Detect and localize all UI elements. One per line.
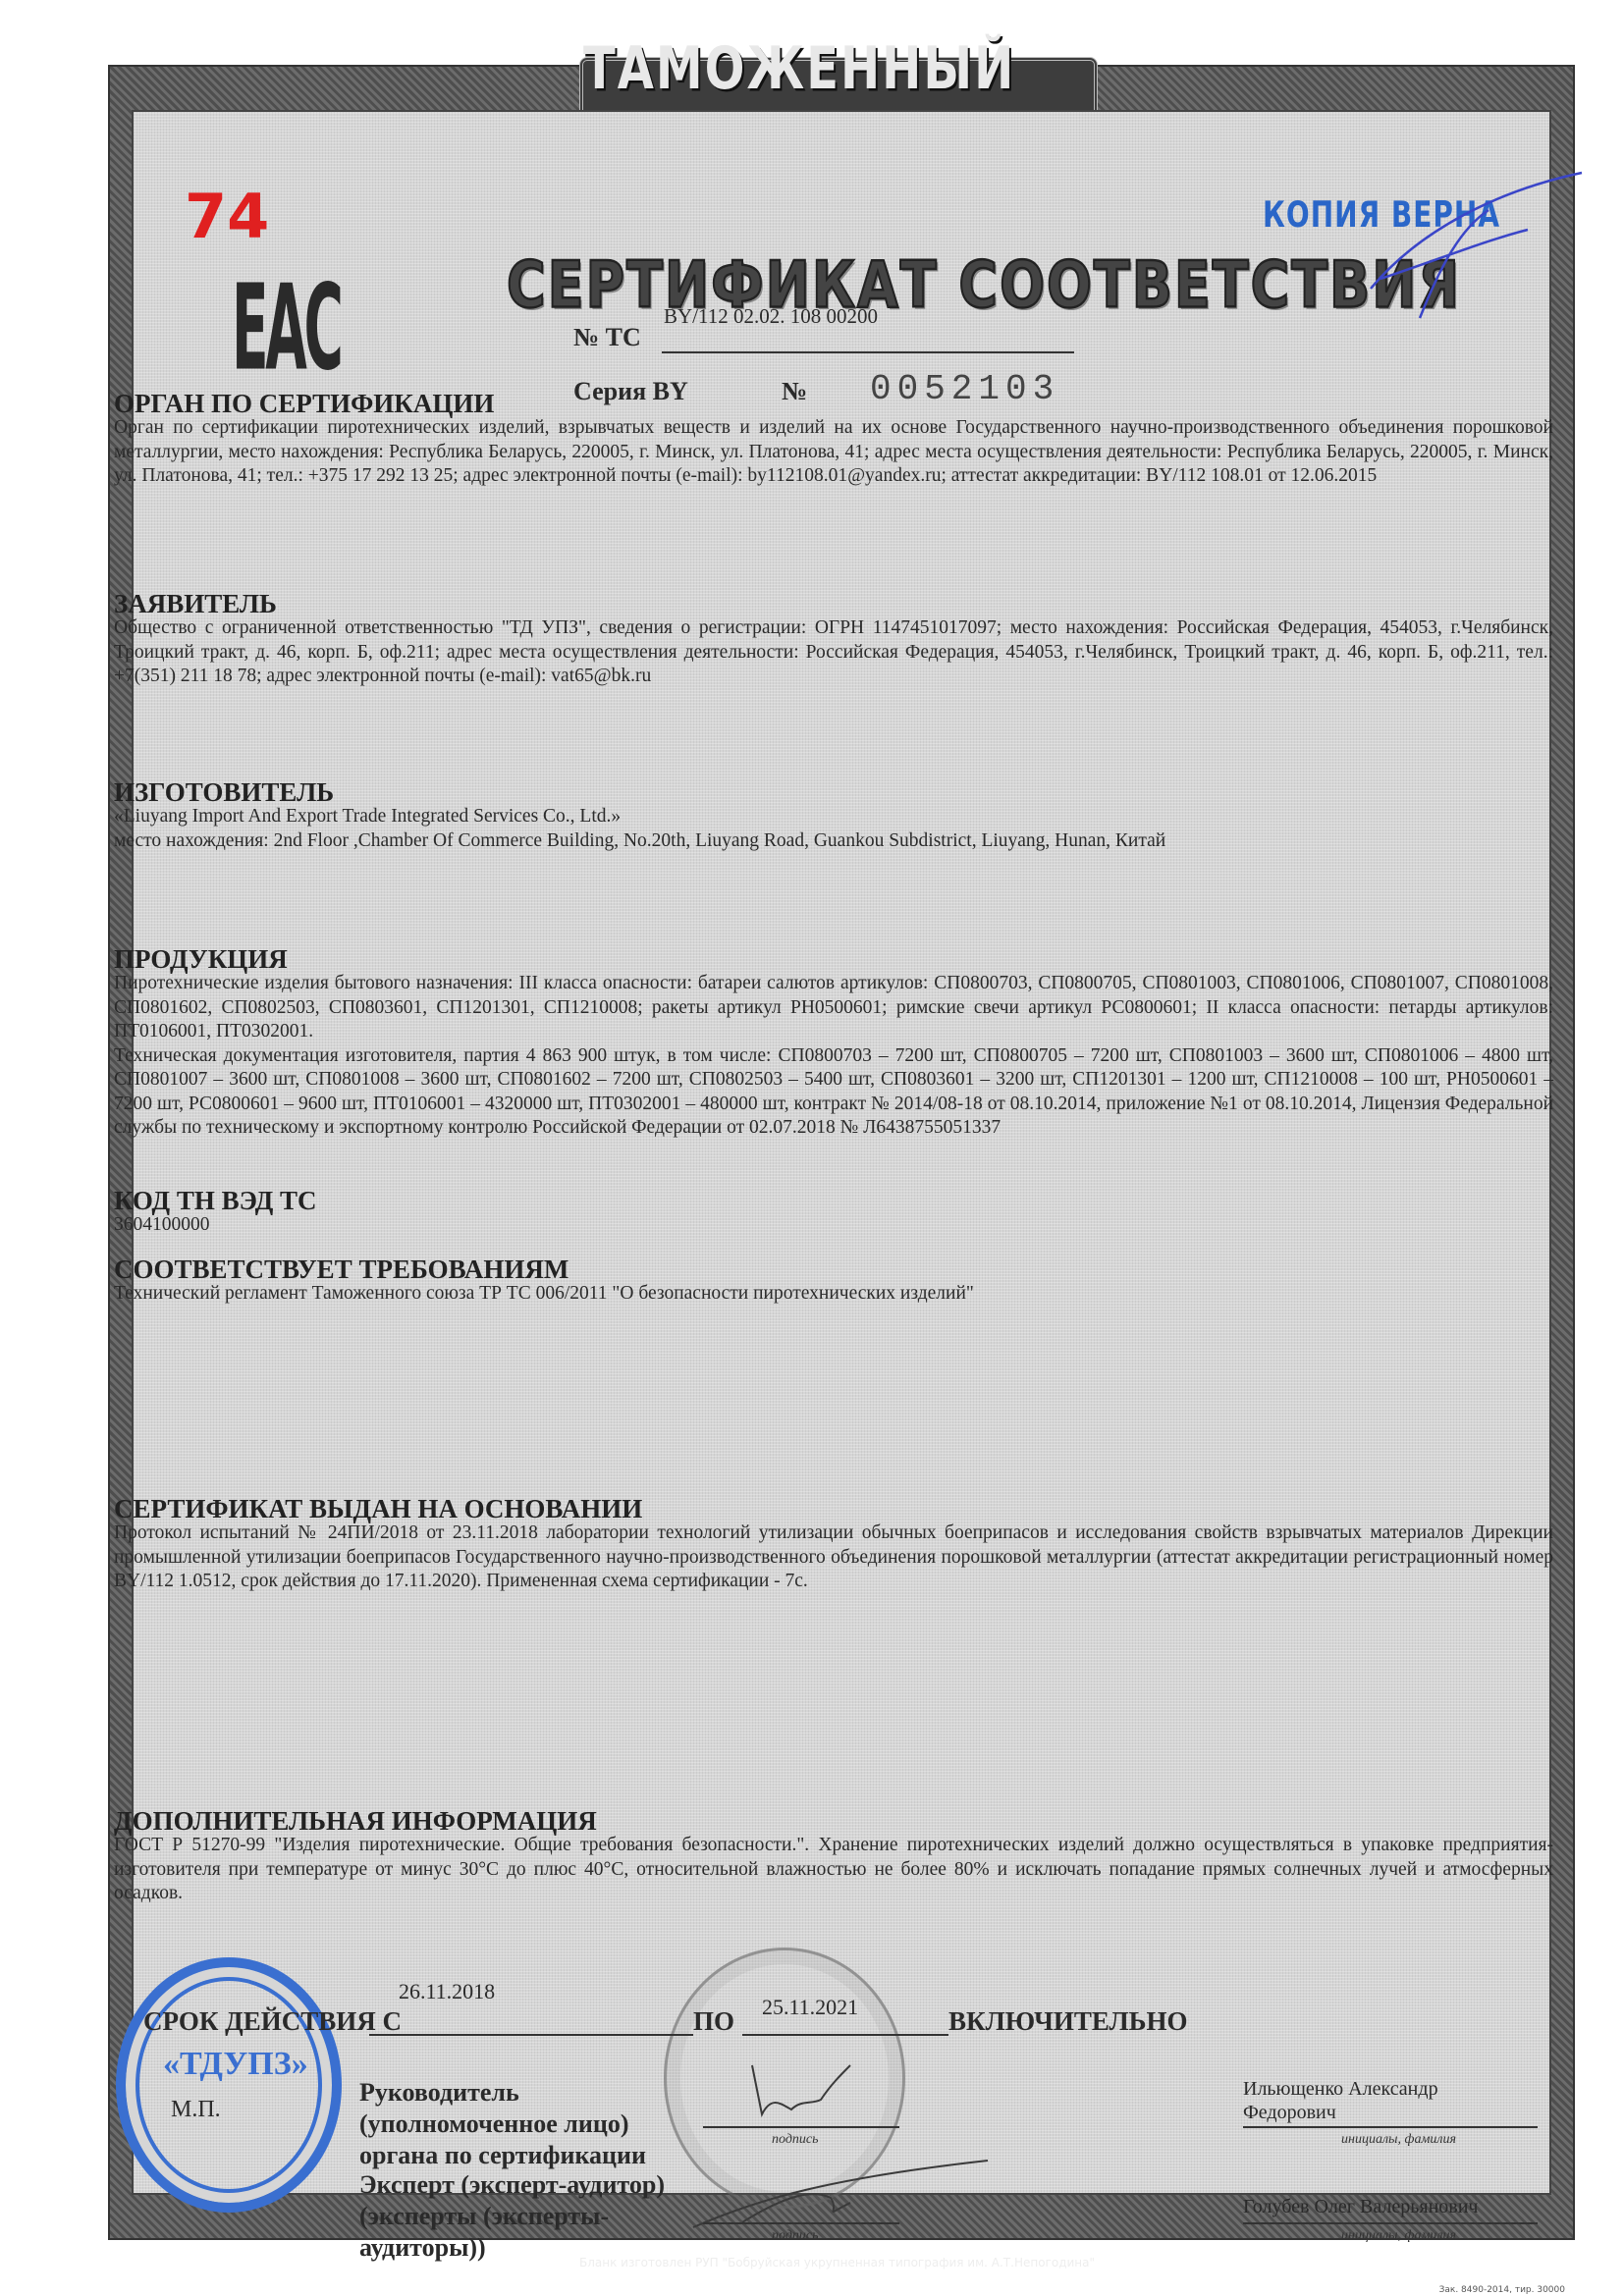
certificate-title: СЕРТИФИКАТ СООТВЕТСТВИЯ <box>507 248 1461 323</box>
section-text: Технический регламент Таможенного союза … <box>114 1282 1553 1307</box>
eac-logo-icon: ЕАС <box>232 259 341 397</box>
section-heading: ДОПОЛНИТЕЛЬНАЯ ИНФОРМАЦИЯ <box>114 1808 1553 1834</box>
section-text: Протокол испытаний № 24ПИ/2018 от 23.11.… <box>114 1522 1553 1594</box>
cert-number-value: BY/112 02.02. 108 00200 <box>664 304 878 329</box>
section-heading: ПРОДУКЦИЯ <box>114 946 1553 972</box>
certificate-form: ТАМОЖЕННЫЙ СОЮЗ 74 ЕАС СЕРТИФИКАТ СООТВЕ… <box>108 65 1575 2240</box>
mp-label: М.П. <box>171 2097 221 2123</box>
expert-signature-caption: подпись <box>772 2228 818 2244</box>
head-name: Ильющенко Александр Федорович <box>1243 2077 1469 2124</box>
validity-from-date: 26.11.2018 <box>399 1979 495 2004</box>
section-heading: СЕРТИФИКАТ ВЫДАН НА ОСНОВАНИИ <box>114 1496 1553 1522</box>
head-signature-line <box>703 2126 899 2128</box>
copy-signature-icon <box>1361 171 1587 328</box>
expert-signature-icon <box>683 2159 998 2237</box>
head-of-body-label: Руководитель (уполномоченное лицо) орган… <box>359 2077 683 2171</box>
section-text: Пиротехнические изделия бытового назначе… <box>114 972 1553 1141</box>
head-signature-icon <box>723 2056 870 2134</box>
expert-name-caption: инициалы, фамилия <box>1341 2228 1456 2244</box>
cert-number-label: № ТС <box>573 323 641 352</box>
section-heading: КОД ТН ВЭД ТС <box>114 1188 1553 1213</box>
section-manufacturer: ИЗГОТОВИТЕЛЬ «Liuyang Import And Export … <box>134 779 1553 853</box>
expert-signature-line <box>703 2222 899 2224</box>
section-issued-basis: СЕРТИФИКАТ ВЫДАН НА ОСНОВАНИИ Протокол и… <box>134 1496 1553 1594</box>
section-certification-body: ОРГАН ПО СЕРТИФИКАЦИИ Орган по сертифика… <box>134 391 1553 489</box>
company-seal-icon <box>116 1957 342 2213</box>
head-signature-caption: подпись <box>772 2132 818 2148</box>
section-tn-ved-code: КОД ТН ВЭД ТС 3604100000 <box>134 1188 1553 1238</box>
section-text: «Liuyang Import And Export Trade Integra… <box>114 805 1553 853</box>
section-compliance: СООТВЕТСТВУЕТ ТРЕБОВАНИЯМ Технический ре… <box>134 1256 1553 1307</box>
printer-note: Бланк изготовлен РУП "Бобруйская укрупне… <box>571 2254 1103 2271</box>
section-heading: СООТВЕТСТВУЕТ ТРЕБОВАНИЯМ <box>114 1256 1553 1282</box>
validity-to-date: 25.11.2021 <box>762 1995 858 2020</box>
head-name-line <box>1243 2126 1538 2128</box>
cert-number-underline <box>662 351 1074 353</box>
seal-text: «ТДУПЗ» <box>163 2046 308 2083</box>
expert-name: Голубев Олег Валерьянович <box>1243 2195 1547 2218</box>
validity-from-underline <box>369 2034 693 2036</box>
signature-block: «ТДУПЗ» М.П. СРОК ДЕЙСТВИЯ С 26.11.2018 … <box>134 1938 1553 2252</box>
handwritten-number: 74 <box>185 181 269 252</box>
section-applicant: ЗАЯВИТЕЛЬ Общество с ограниченной ответс… <box>134 591 1553 689</box>
section-products: ПРОДУКЦИЯ Пиротехнические изделия бытово… <box>134 946 1553 1141</box>
section-heading: ЗАЯВИТЕЛЬ <box>114 591 1553 616</box>
section-text: ГОСТ Р 51270-99 "Изделия пиротехнические… <box>114 1834 1553 1906</box>
validity-inclusive-label: ВКЛЮЧИТЕЛЬНО <box>948 2006 1188 2037</box>
validity-to-underline <box>742 2034 948 2036</box>
certificate-body: 74 ЕАС СЕРТИФИКАТ СООТВЕТСТВИЯ КОПИЯ ВЕР… <box>132 110 1551 2195</box>
form-print-note: Зак. 8490-2014, тир. 30000 <box>1439 2285 1565 2295</box>
section-heading: ОРГАН ПО СЕРТИФИКАЦИИ <box>114 391 1553 416</box>
expert-name-line <box>1243 2222 1538 2224</box>
section-additional-info: ДОПОЛНИТЕЛЬНАЯ ИНФОРМАЦИЯ ГОСТ Р 51270-9… <box>134 1808 1553 1906</box>
section-text: Общество с ограниченной ответственностью… <box>114 616 1553 689</box>
validity-from-label: СРОК ДЕЙСТВИЯ С <box>143 2006 402 2037</box>
section-heading: ИЗГОТОВИТЕЛЬ <box>114 779 1553 805</box>
section-text: Орган по сертификации пиротехнических из… <box>114 416 1553 489</box>
expert-label: Эксперт (эксперт-аудитор) (эксперты (экс… <box>359 2169 693 2264</box>
validity-to-label: ПО <box>693 2006 734 2037</box>
section-text: 3604100000 <box>114 1213 1553 1238</box>
head-name-caption: инициалы, фамилия <box>1341 2132 1456 2148</box>
